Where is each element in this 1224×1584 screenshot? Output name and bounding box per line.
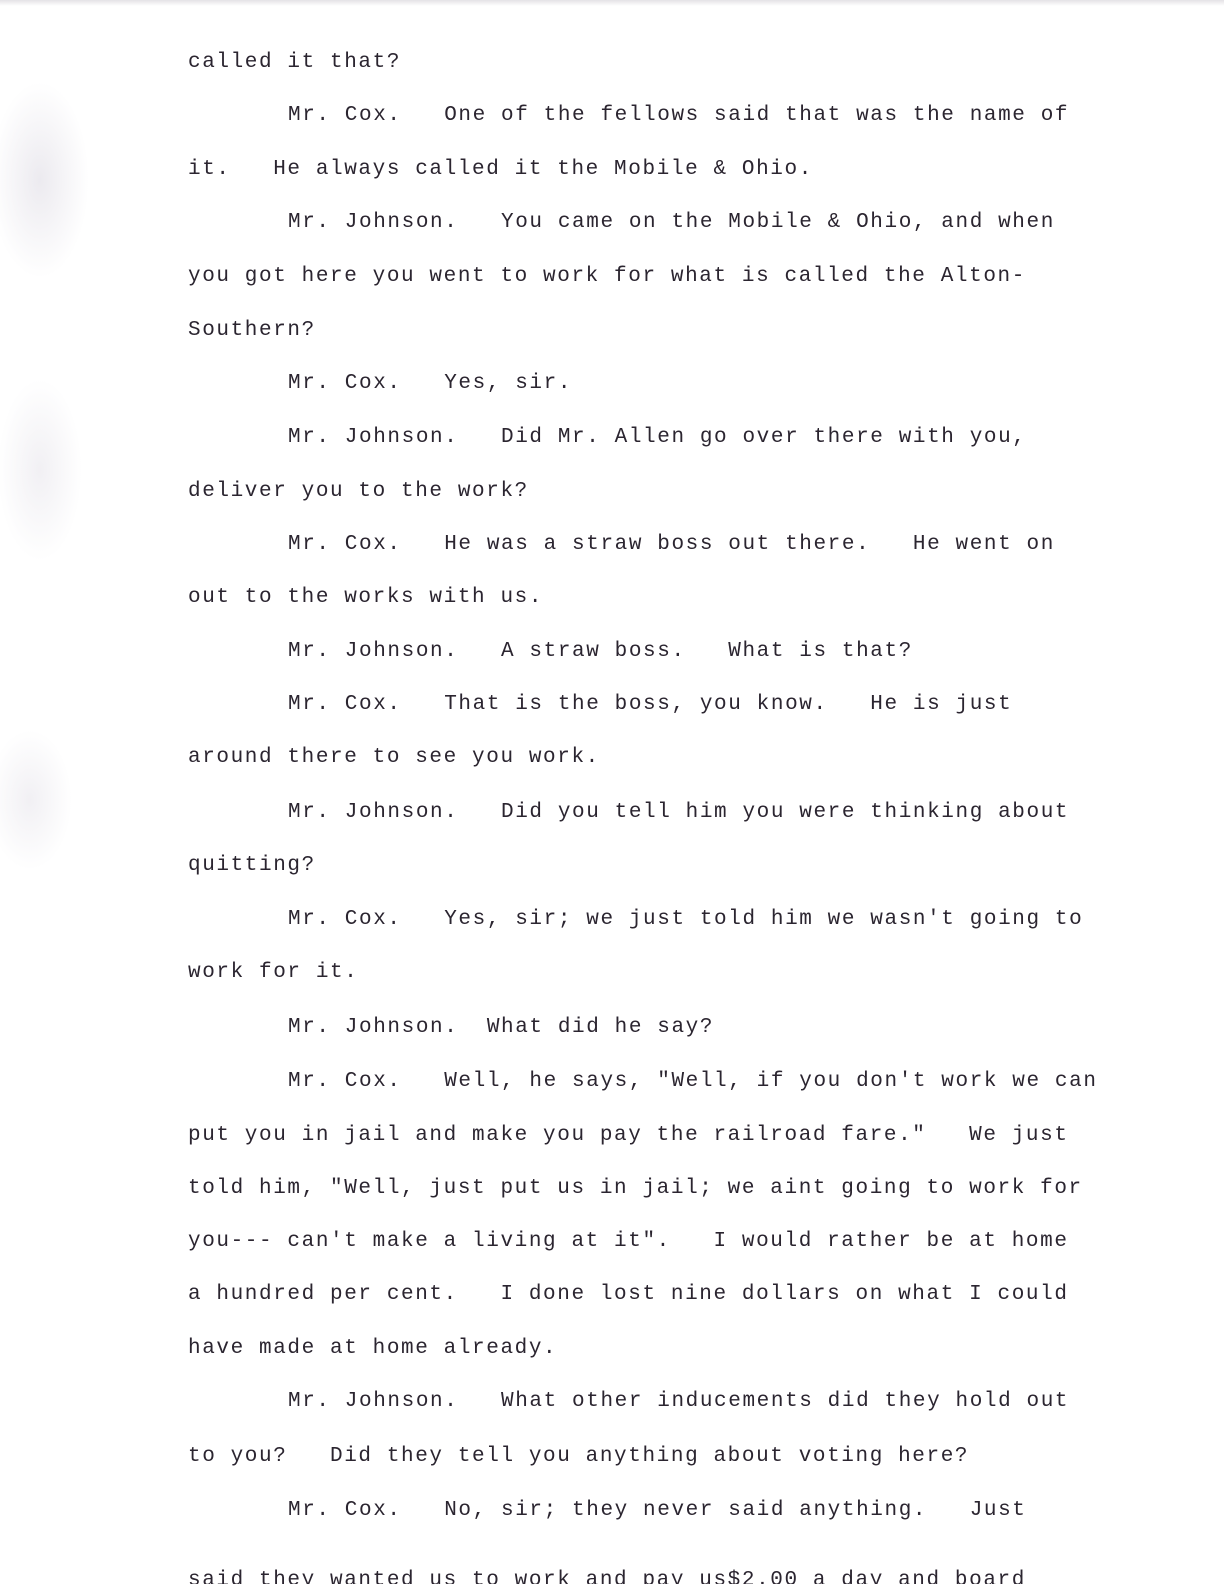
text-line: Mr. Cox. One of the fellows said that wa… (288, 105, 1069, 126)
scan-edge (0, 0, 1224, 6)
text-line: you got here you went to work for what i… (188, 266, 1026, 287)
text-line: called it that? (188, 52, 401, 73)
text-line: Mr. Johnson. Did Mr. Allen go over there… (288, 427, 1027, 448)
text-line: quitting? (188, 855, 316, 876)
text-line: Mr. Johnson. You came on the Mobile & Oh… (288, 212, 1055, 233)
text-line: deliver you to the work? (188, 481, 529, 502)
text-line: Mr. Cox. He was a straw boss out there. … (288, 534, 1055, 555)
text-line: said they wanted us to work and pay us$2… (188, 1570, 1026, 1584)
text-line: Mr. Johnson. What did he say? (288, 1017, 714, 1038)
text-line: told him, "Well, just put us in jail; we… (188, 1178, 1083, 1199)
text-line: Mr. Johnson. Did you tell him you were t… (288, 802, 1069, 823)
text-line: to you? Did they tell you anything about… (188, 1446, 969, 1467)
text-line: have made at home already. (188, 1338, 557, 1359)
text-line: it. He always called it the Mobile & Ohi… (188, 159, 813, 180)
text-line: put you in jail and make you pay the rai… (188, 1125, 1069, 1146)
text-line: Mr. Cox. Well, he says, "Well, if you do… (288, 1071, 1098, 1092)
text-line: around there to see you work. (188, 747, 600, 768)
text-line: Mr. Johnson. What other inducements did … (288, 1391, 1069, 1412)
text-line: Southern? (188, 320, 316, 341)
text-line: Mr. Cox. That is the boss, you know. He … (288, 694, 1012, 715)
text-line: you--- can't make a living at it". I wou… (188, 1231, 1069, 1252)
document-page: called it that? Mr. Cox. One of the fell… (0, 0, 1224, 1584)
text-line: Mr. Cox. Yes, sir; we just told him we w… (288, 909, 1083, 930)
text-line: Mr. Cox. Yes, sir. (288, 373, 572, 394)
text-line: work for it. (188, 962, 358, 983)
text-line: a hundred per cent. I done lost nine dol… (188, 1284, 1069, 1305)
text-line: Mr. Cox. No, sir; they never said anythi… (288, 1500, 1027, 1521)
text-line: Mr. Johnson. A straw boss. What is that? (288, 641, 913, 662)
text-line: out to the works with us. (188, 587, 543, 608)
